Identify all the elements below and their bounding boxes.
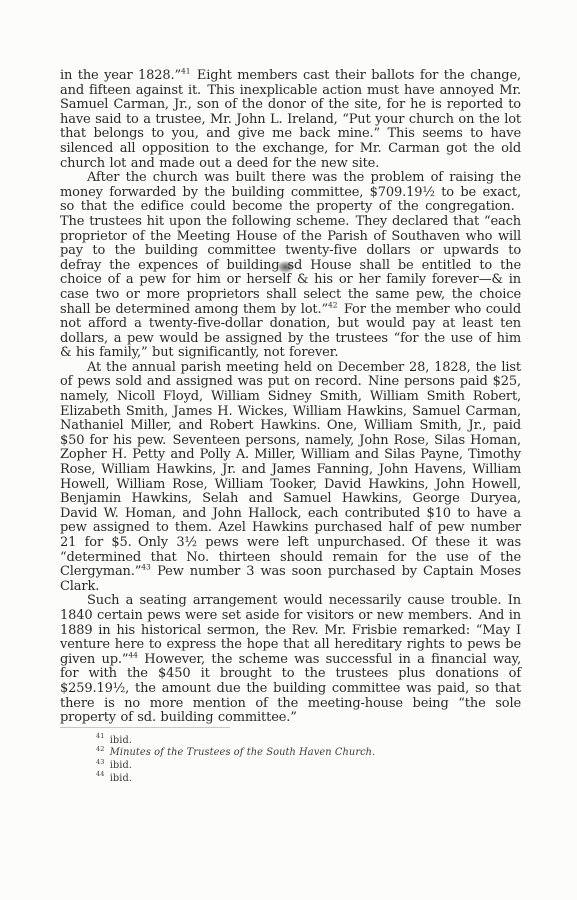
footnote: 41 ibid. <box>96 735 521 748</box>
footnote-text: ibid. <box>106 773 132 784</box>
footnote-number: 44 <box>96 770 104 778</box>
paragraph: At the annual parish meeting held on Dec… <box>60 361 521 595</box>
footnote-number: 43 <box>96 758 104 766</box>
body-text-block: in the year 1828.”41 Eight members cast … <box>60 69 521 785</box>
paragraphs-container: in the year 1828.”41 Eight members cast … <box>60 69 521 726</box>
footnote-reference: 43 <box>141 563 151 572</box>
footnote-separator-rule <box>60 727 230 728</box>
paragraph: Such a seating arrangement would necessa… <box>60 594 521 725</box>
footnote: 44 ibid. <box>96 773 521 786</box>
footnote-text: Minutes of the Trustees of the South Hav… <box>106 747 375 758</box>
footnote: 43 ibid. <box>96 760 521 773</box>
footnote-reference: 42 <box>328 300 338 309</box>
book-page: in the year 1828.”41 Eight members cast … <box>0 0 577 900</box>
footnote-number: 42 <box>96 745 104 753</box>
footnote-text: ibid. <box>106 735 132 746</box>
footnote-number: 41 <box>96 732 104 740</box>
paragraph: After the church was built there was the… <box>60 171 521 361</box>
footnote: 42 Minutes of the Trustees of the South … <box>96 747 521 760</box>
footnote-text: ibid. <box>106 760 132 771</box>
paragraph: in the year 1828.”41 Eight members cast … <box>60 69 521 171</box>
footnote-reference: 44 <box>128 650 138 659</box>
footnote-reference: 41 <box>181 67 191 76</box>
footnotes-container: 41 ibid.42 Minutes of the Trustees of th… <box>96 735 521 785</box>
